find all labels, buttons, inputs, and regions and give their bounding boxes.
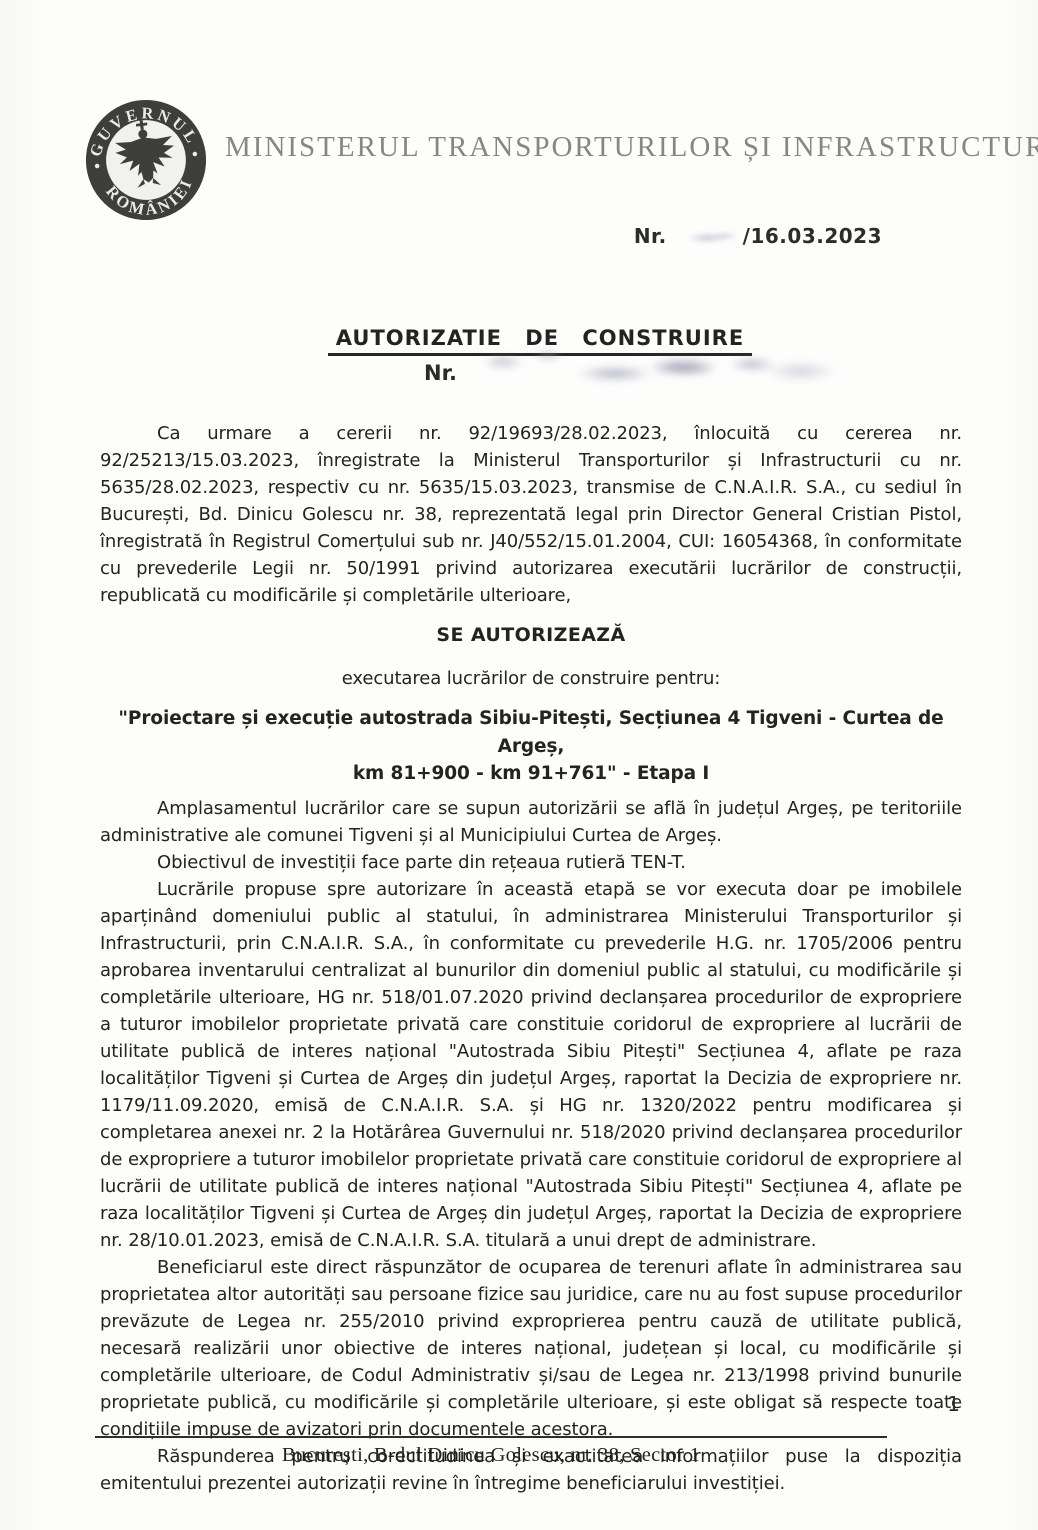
- authorize-heading: SE AUTORIZEAZĂ: [100, 622, 962, 649]
- authorization-number-label: Nr.: [424, 361, 457, 385]
- body-paragraph: Lucrările propuse spre autorizare în ace…: [100, 876, 962, 1254]
- body-paragraph: Ca urmare a cererii nr. 92/19693/28.02.2…: [100, 420, 962, 609]
- redacted-authorization-number-smudge: [466, 346, 838, 392]
- authorize-subtitle: executarea lucrărilor de construire pent…: [100, 665, 962, 692]
- registration-number-line: Nr./16.03.2023: [634, 224, 882, 248]
- redacted-number-smudge: [681, 229, 739, 245]
- body-paragraph: Beneficiarul este direct răspunzător de …: [100, 1254, 962, 1443]
- footer-address: București, B-dul Dinicu Golescu, nr. 38,…: [95, 1444, 887, 1467]
- ministry-letterhead: MINISTERUL TRANSPORTURILOR ȘI INFRASTRUC…: [225, 131, 925, 164]
- document-page: GUVERNUL ROMÂNIEI MINISTERUL TRANSPORTUR…: [0, 0, 1038, 1530]
- project-title-line2: km 81+900 - km 91+761" - Etapa I: [100, 760, 962, 788]
- body-paragraph: Obiectivul de investiții face parte din …: [100, 849, 962, 876]
- project-title: "Proiectare și execuție autostrada Sibiu…: [100, 705, 962, 788]
- project-title-line1: "Proiectare și execuție autostrada Sibiu…: [100, 705, 962, 760]
- registration-date: /16.03.2023: [743, 224, 882, 248]
- page-number: 1: [947, 1392, 960, 1416]
- body-paragraph: Amplasamentul lucrărilor care se supun a…: [100, 795, 962, 849]
- registration-number-label: Nr.: [634, 224, 667, 248]
- government-seal-icon: GUVERNUL ROMÂNIEI: [82, 96, 210, 224]
- document-body: Ca urmare a cererii nr. 92/19693/28.02.2…: [100, 420, 962, 1497]
- footer-divider: [95, 1436, 887, 1438]
